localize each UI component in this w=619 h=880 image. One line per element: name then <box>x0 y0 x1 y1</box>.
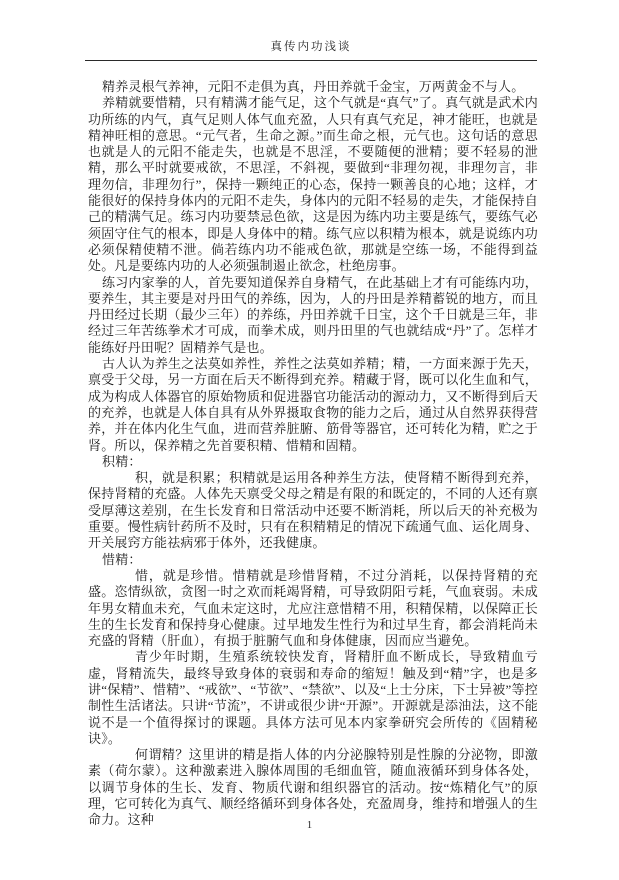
paragraph-jijing: 积，就是积累；积精就是运用各种养生方法，使肾精不断得到充养，保持肾精的充盛。人体… <box>88 470 538 551</box>
document-page: 真传内功浅谈 精养灵根气养神，元阳不走俱为真，丹田养就千金宝，万两黄金不与人。 … <box>0 0 619 880</box>
paragraph-true-qi: 养精就要惜精，只有精满才能气足，这个气就是“真气”了。真气就是武术内功所练的内气… <box>88 95 538 274</box>
paragraph-xijing: 惜，就是珍惜。惜精就是珍惜肾精，不过分消耗，以保持肾精的充盛。恣情纵欲，贪图一时… <box>88 568 538 649</box>
document-body: 精养灵根气养神，元阳不走俱为真，丹田养就千金宝，万两黄金不与人。 养精就要惜精，… <box>88 79 538 829</box>
page-number: 1 <box>0 820 619 831</box>
header-rule <box>85 60 537 61</box>
paragraph-ancients: 古人认为养生之法莫如养性，养性之法莫如养精；精，一方面来源于先天，禀受于父母，另… <box>88 356 538 454</box>
heading-jijing: 积精： <box>88 454 538 470</box>
paragraph-what-is-jing: 何谓精？这里讲的精是指人体的内分泌腺特别是性腺的分泌物，即激素（荷尔蒙）。这种激… <box>88 747 538 828</box>
running-header-title: 真传内功浅谈 <box>85 38 537 54</box>
heading-xijing: 惜精： <box>88 552 538 568</box>
paragraph-neijiaquan: 练习内家拳的人，首先要知道保养自身精气，在此基础上才有可能练内功，要养生，其主要… <box>88 275 538 356</box>
paragraph-adolescence: 青少年时期，生殖系统较快发育，肾精肝血不断成长，导致精血亏虚，肾精流失，最终导致… <box>88 649 538 747</box>
paragraph-verse: 精养灵根气养神，元阳不走俱为真，丹田养就千金宝，万两黄金不与人。 <box>88 79 538 95</box>
